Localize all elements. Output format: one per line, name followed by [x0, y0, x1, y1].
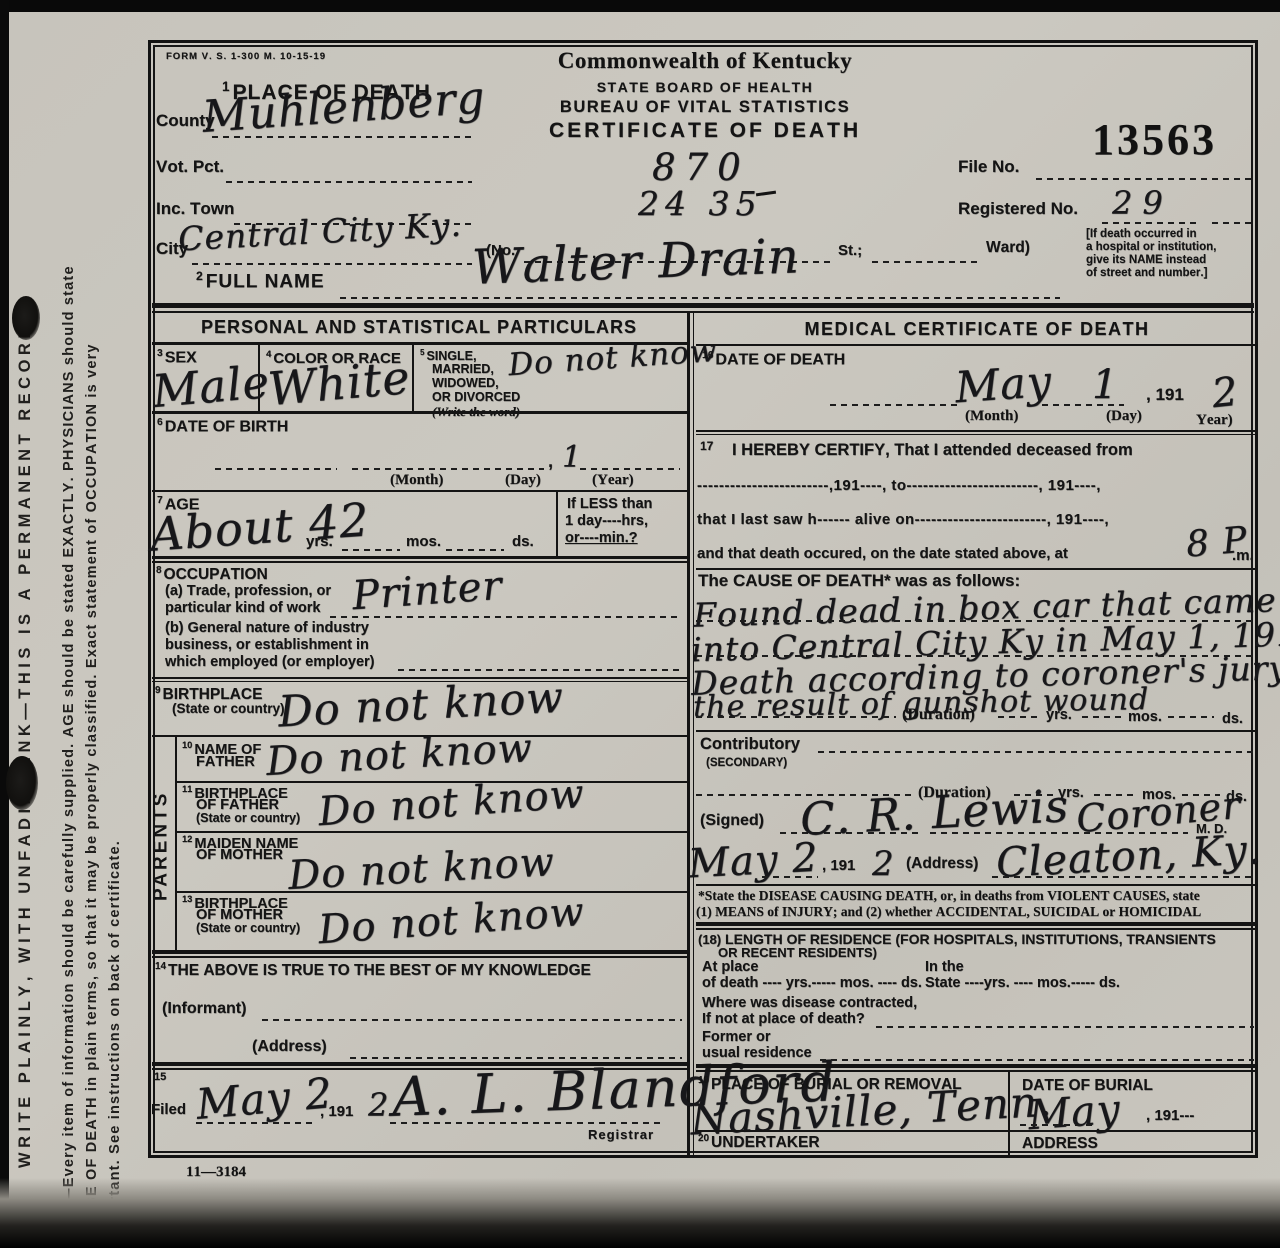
- ink-blot: [6, 756, 38, 810]
- certify-line4: and that death occured, on the date stat…: [697, 546, 1068, 562]
- where-contracted-line1: Where was disease contracted,: [702, 996, 917, 1012]
- rule-line: [152, 311, 1254, 313]
- cell-divider: [412, 345, 414, 411]
- rule-line: [696, 434, 1256, 435]
- dotted-line: [1102, 222, 1198, 224]
- dotted-line: [1020, 1124, 1096, 1126]
- rule-line: [177, 891, 687, 893]
- rule-line: [152, 411, 687, 414]
- cell-divider: [175, 737, 177, 950]
- street-label: St.;: [838, 243, 862, 259]
- occupation-a-line2: particular kind of work: [165, 601, 321, 617]
- voting-precinct-label: Vot. Pct.: [156, 158, 224, 176]
- death-year-handwritten: 2: [1210, 369, 1241, 418]
- dotted-line: [818, 751, 1254, 753]
- signed-date-handwritten: May 2: [687, 835, 820, 888]
- footnote-line1: *State the DISEASE CAUSING DEATH, or, in…: [698, 888, 1200, 904]
- cause-ds-label: ds.: [1222, 712, 1243, 728]
- occupation-b-line2: business, or establishment in: [165, 638, 369, 654]
- dotted-line: [830, 404, 962, 406]
- dotted-line: [992, 876, 1254, 878]
- rule-line: [152, 303, 1254, 308]
- rule-line: [696, 1070, 1256, 1072]
- at-place-line: of death ---- yrs.----- mos. ---- ds.: [702, 976, 922, 992]
- rule-line: [177, 831, 687, 833]
- certificate-number: 13563: [1092, 114, 1217, 165]
- margin-note-nb: N. B.—Every item of information should b…: [58, 52, 127, 1242]
- filed-year-printed: , 191: [320, 1104, 353, 1120]
- occupation-label: 8OCCUPATION: [156, 566, 268, 584]
- bureau-heading: BUREAU OF VITAL STATISTICS: [505, 99, 905, 117]
- death-month-caption: (Month): [965, 408, 1018, 425]
- registered-no-label: Registered No.: [958, 200, 1078, 218]
- mother-maiden-label2: OF MOTHER: [196, 848, 283, 864]
- scan-edge-left: [0, 0, 9, 1248]
- column-divider: [687, 313, 690, 1155]
- father-birthplace-sub: (State or country): [196, 812, 300, 826]
- cell-divider: [556, 492, 558, 557]
- ink-blot: [12, 296, 40, 340]
- file-no-label: File No.: [958, 158, 1019, 176]
- item-number-17: 17: [700, 440, 713, 453]
- where-contracted-line2: If not at place of death?: [702, 1012, 865, 1028]
- death-day-caption: (Day): [1106, 408, 1142, 425]
- certify-line3: that I last saw h------ alive on--------…: [697, 512, 1109, 528]
- handwritten-number-2435: 24 35: [638, 184, 762, 223]
- dotted-line: [696, 716, 896, 718]
- occupation-a-line1: (a) Trade, profession, or: [165, 584, 331, 600]
- rule-line: [696, 430, 1256, 432]
- scan-edge-bottom: [0, 1178, 1280, 1248]
- rule-line: [696, 344, 1256, 346]
- sex-value-handwritten: Male: [150, 355, 272, 418]
- rule-line: [696, 568, 1256, 570]
- cause-yrs-label: yrs.: [1046, 708, 1072, 724]
- rule-line: [152, 490, 687, 492]
- cause-duration-label: (Duration): [902, 706, 975, 724]
- signed-label: (Signed): [700, 812, 764, 829]
- occupation-b-line3: which employed (or employer): [165, 655, 375, 671]
- rule-line: [696, 922, 1256, 926]
- undertaker-address-header: ADDRESS: [1022, 1136, 1098, 1153]
- date-of-death-label: 16DATE OF DEATH: [702, 350, 845, 369]
- signed-year-handwritten: 2: [872, 844, 895, 884]
- dob-comma: ,: [548, 452, 553, 471]
- rule-line: [696, 884, 1256, 886]
- margin-nb-line2: CAUSE OF DEATH in plain terms, so that i…: [81, 52, 104, 1242]
- age-ds-label: ds.: [512, 534, 534, 550]
- dotted-line: [998, 716, 1040, 718]
- contributory-label: Contributory: [700, 736, 800, 754]
- parents-section-label: PARENTS: [149, 744, 174, 948]
- dotted-line: [226, 181, 472, 183]
- dob-month-caption: (Month): [390, 472, 443, 489]
- death-certificate-scan: WRITE PLAINLY, WITH UNFADING INK—THIS IS…: [0, 0, 1280, 1248]
- inc-town-label: Inc. Town: [156, 200, 234, 218]
- rule-line: [696, 1064, 1256, 1068]
- signed-year-printed: , 191: [822, 858, 855, 874]
- dotted-line: [342, 549, 400, 551]
- registrar-label: Registrar: [588, 1128, 654, 1142]
- residence-heading2: OR RECENT RESIDENTS): [718, 946, 877, 960]
- certify-line1: I HEREBY CERTIFY, That I attended deceas…: [732, 442, 1133, 460]
- undertaker-label: 20UNDERTAKER: [698, 1134, 820, 1152]
- death-year-caption: Year): [1196, 412, 1233, 429]
- medical-section-title: MEDICAL CERTIFICATE OF DEATH: [697, 320, 1257, 339]
- marital-label-line3: WIDOWED,: [432, 377, 499, 391]
- margin-nb-line1: N. B.—Every item of information should b…: [58, 52, 81, 1242]
- dotted-line: [1036, 178, 1252, 180]
- at-place-label: At place: [702, 960, 758, 976]
- item-number-15: 15: [154, 1072, 166, 1084]
- marital-label-line4: OR DIVORCED: [432, 391, 520, 405]
- ward-label: Ward): [986, 240, 1030, 257]
- in-state-line: State ----yrs. ---- mos.----- ds.: [925, 976, 1120, 992]
- rule-line: [152, 950, 687, 954]
- dotted-line: [762, 876, 818, 878]
- dotted-line: [352, 468, 544, 470]
- filed-label: Filed: [151, 1102, 186, 1118]
- occupation-b-line1: (b) General nature of industry: [165, 621, 369, 637]
- certify-line2: ------------------------,191----, to----…: [697, 478, 1101, 494]
- full-name-label: 2FULL NAME: [196, 270, 325, 293]
- dotted-line: [580, 468, 680, 470]
- dotted-line: [876, 1026, 1254, 1028]
- rule-line: [152, 956, 687, 958]
- mother-birthplace-sub: (State or country): [196, 922, 300, 936]
- dob-day-caption: (Day): [505, 472, 541, 489]
- commonwealth-heading: Commonwealth of Kentucky: [505, 48, 905, 74]
- dotted-line: [446, 549, 504, 551]
- dotted-line: [196, 1122, 314, 1124]
- state-board-heading: STATE BOARD OF HEALTH: [505, 80, 905, 95]
- age-mos-label: mos.: [406, 534, 441, 550]
- form-number: FORM V. S. 1-300 M. 10-15-19: [166, 52, 326, 62]
- father-name-label2: FATHER: [196, 755, 255, 771]
- dotted-line: [215, 468, 337, 470]
- margin-nb-line3: important. See instructions on back of c…: [104, 52, 127, 1242]
- dotted-line: [340, 297, 1060, 299]
- truth-statement: 14THE ABOVE IS TRUE TO THE BEST OF MY KN…: [155, 962, 591, 980]
- full-name-value-handwritten: Walter Drain: [471, 228, 800, 295]
- column-divider: [693, 313, 694, 1155]
- dotted-line: [1212, 222, 1252, 224]
- dotted-line: [262, 1019, 682, 1021]
- margin-note-permanent-record: WRITE PLAINLY, WITH UNFADING INK—THIS IS…: [16, 78, 35, 1168]
- filed-year-handwritten: 2: [368, 1086, 389, 1124]
- less-than-line1: If LESS than: [567, 497, 652, 513]
- death-year-printed: , 191: [1146, 386, 1184, 404]
- informant-label: (Informant): [162, 1000, 246, 1017]
- rule-line: [152, 561, 687, 563]
- marital-label-line2: MARRIED,: [432, 363, 494, 377]
- certify-line4-am-pm: .m.: [1232, 548, 1254, 564]
- scan-edge-top: [0, 0, 1280, 12]
- rule-line: [152, 556, 687, 559]
- age-yrs-label: yrs.: [306, 534, 333, 550]
- less-than-line3: or----min.?: [565, 531, 637, 547]
- dotted-line: [820, 1059, 1254, 1061]
- dotted-line: [398, 669, 682, 671]
- certificate-title: CERTIFICATE OF DEATH: [505, 120, 905, 143]
- death-month-handwritten: May: [953, 357, 1053, 414]
- address-label: (Address): [906, 856, 978, 873]
- footnote-line2: (1) MEANS of INJURY; and (2) whether ACC…: [696, 904, 1201, 920]
- dob-year-caption: (Year): [592, 472, 634, 489]
- rule-line: [152, 677, 687, 679]
- handwritten-number-870: 870: [652, 146, 750, 189]
- burial-year-printed: , 191---: [1146, 1108, 1194, 1124]
- death-day-handwritten: 1: [1092, 362, 1118, 408]
- cause-mos-label: mos.: [1128, 710, 1162, 726]
- secondary-label: (SECONDARY): [706, 757, 787, 769]
- dotted-line: [1168, 716, 1214, 718]
- dotted-line: [1082, 716, 1122, 718]
- item-number-2: 2: [196, 269, 204, 283]
- dob-label: 6DATE OF BIRTH: [157, 417, 288, 436]
- rule-line: [696, 928, 1256, 930]
- rule-line: [696, 730, 1256, 732]
- in-the-label: In the: [925, 960, 964, 976]
- less-than-line2: 1 day----hrs,: [565, 514, 648, 530]
- informant-address-label: (Address): [252, 1038, 327, 1055]
- former-residence-line2: usual residence: [702, 1046, 812, 1062]
- personal-section-title: PERSONAL AND STATISTICAL PARTICULARS: [152, 318, 686, 337]
- rule-line: [696, 1130, 1256, 1132]
- dotted-line: [872, 261, 982, 263]
- birthplace-sub-label: (State or country): [172, 702, 285, 717]
- dotted-line: [192, 263, 472, 265]
- registered-no-value-handwritten: 29: [1112, 184, 1173, 222]
- former-residence-line1: Former or: [702, 1030, 771, 1046]
